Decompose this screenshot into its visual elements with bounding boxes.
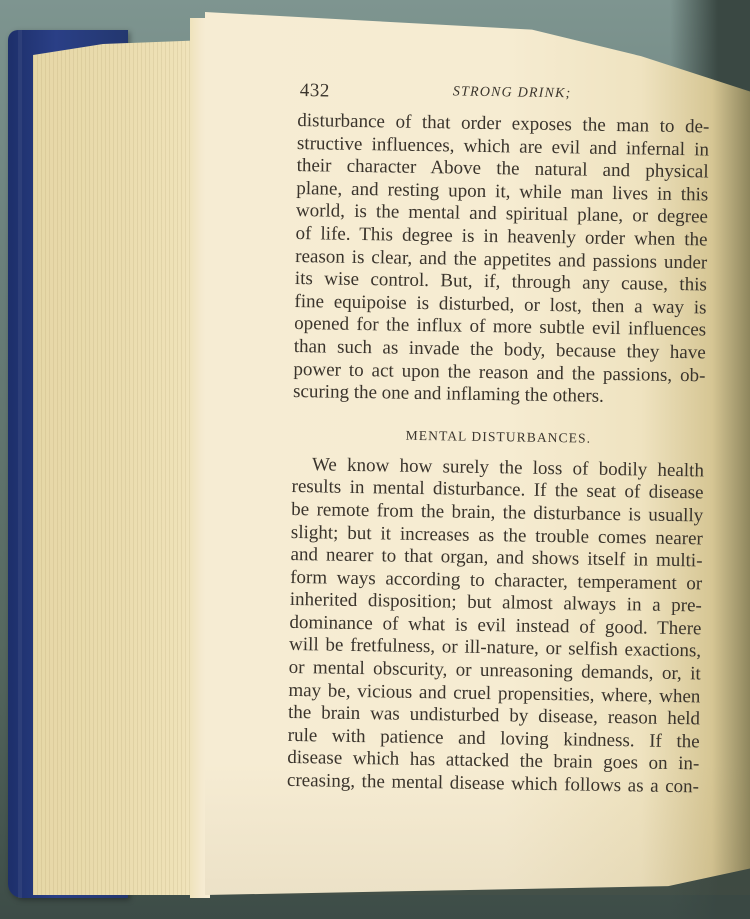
paragraph-1: disturbance of that order exposes the ma… (293, 110, 723, 410)
paragraph-2: We know how surely the loss of bodily he… (287, 454, 717, 800)
page-stack-edges (33, 40, 208, 895)
page-number: 432 (300, 80, 330, 102)
page-text: 432 STRONG DRINK; disturbance of that or… (287, 80, 723, 799)
section-heading: MENTAL DISTURBANCES. (292, 426, 704, 448)
running-title: STRONG DRINK; (453, 84, 572, 102)
